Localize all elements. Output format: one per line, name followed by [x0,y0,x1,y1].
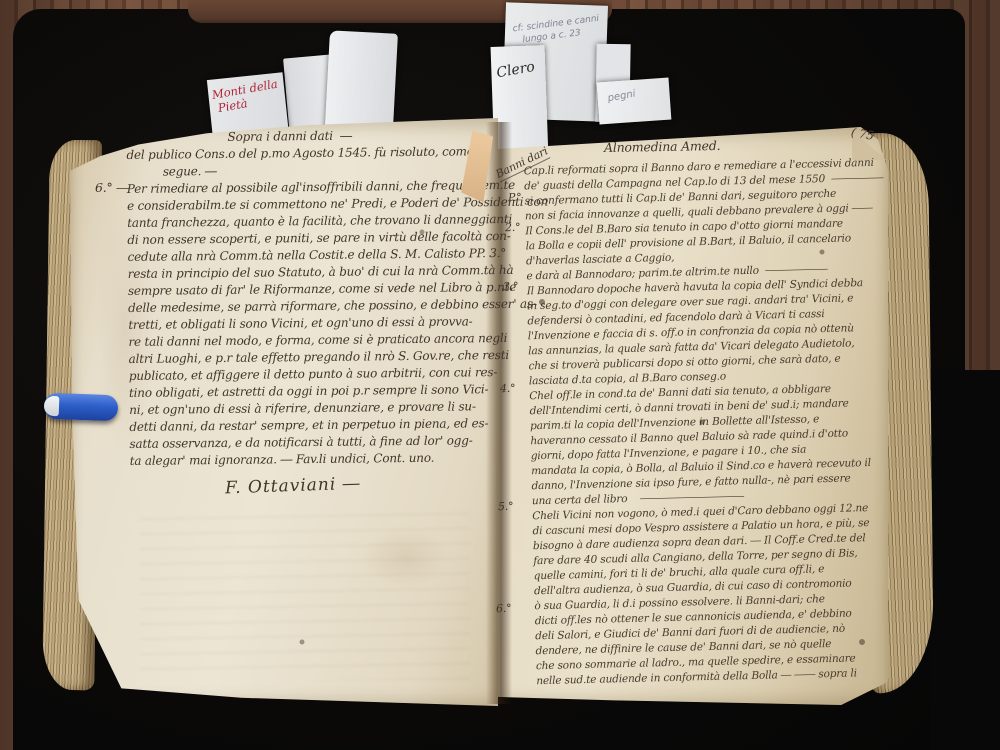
pegni-label: pegni [607,89,636,105]
black-cloth-backdrop [930,370,1000,750]
photo-of-manuscript: { "colors": { "wood": "#6f4b38", "cloth"… [0,0,1000,750]
right-item-marker: 5.° [498,500,514,514]
blue-pen [44,393,119,422]
bookmark-tab-pegni: pegni [597,78,672,125]
paper-stain [360,528,450,588]
right-page-heading: Alnomedina Amed. [604,138,721,155]
left-page-text: Sopra i danni dati ―del publico Cons.o d… [126,126,502,470]
clero-label: Clero [495,59,536,81]
right-item-marker: 4.° [500,382,516,396]
right-item-marker: 6.° [496,602,512,616]
right-item-marker: P.° [508,191,522,204]
red-ink-note: Monti della Pietà [211,77,281,116]
right-item-marker: 3.° [503,280,519,294]
ink-specks [0,0,4,4]
paper-stain [95,200,155,460]
right-page-text: Cap.li reformati sopra il Banno daro e r… [524,156,889,689]
pen-cap-tip [44,396,60,417]
pencil-note: cf: scindine e canni lungo a c. 23 [512,13,601,47]
left-item-number: 6.° ― [95,180,129,195]
right-item-marker: 2.° [505,221,521,235]
